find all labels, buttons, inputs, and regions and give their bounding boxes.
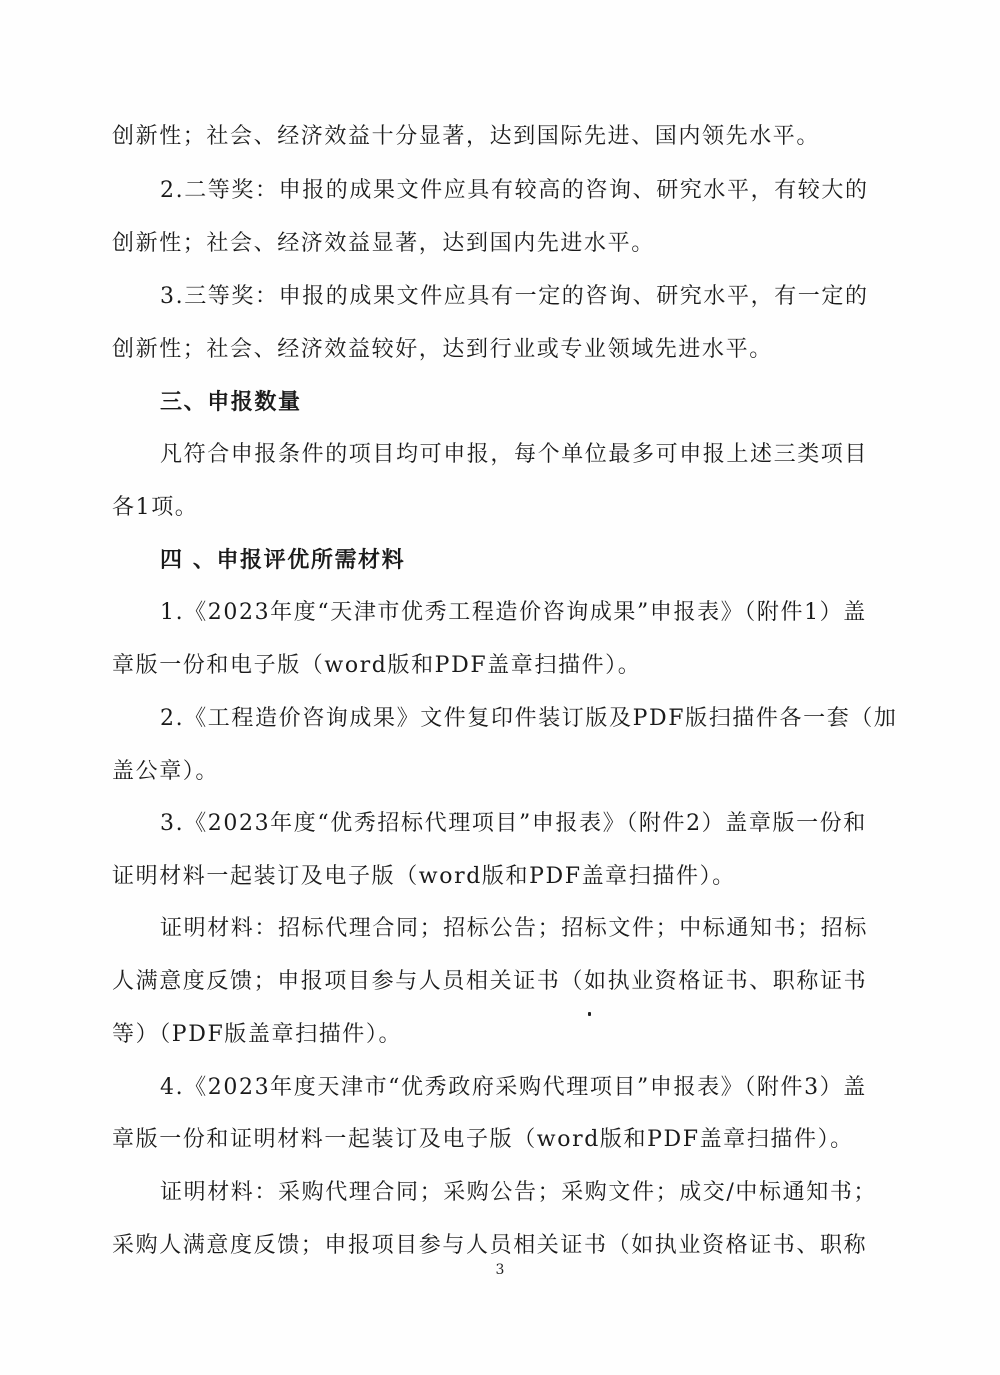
body-line: 等）（PDF版盖章扫描件）。 — [112, 1020, 862, 1050]
page-number: 3 — [0, 1262, 1000, 1278]
body-line: 凡符合申报条件的项目均可申报，每个单位最多可申报上述三类项目 — [160, 440, 910, 470]
body-line: 3.三等奖：申报的成果文件应具有一定的咨询、研究水平，有一定的 — [160, 282, 910, 312]
body-line: 采购人满意度反馈；申报项目参与人员相关证书（如执业资格证书、职称 — [112, 1231, 862, 1261]
body-line: 章版一份和证明材料一起装订及电子版（word版和PDF盖章扫描件）。 — [112, 1125, 862, 1155]
section-heading: 四 、申报评优所需材料 — [160, 545, 910, 575]
body-line: 1.《2023年度“天津市优秀工程造价咨询成果”申报表》（附件1）盖 — [160, 598, 910, 628]
body-line: 2.《工程造价咨询成果》文件复印件装订版及PDF版扫描件各一套（加 — [160, 704, 910, 734]
document-page: 创新性；社会、经济效益十分显著，达到国际先进、国内领先水平。 2.二等奖：申报的… — [0, 0, 1000, 1375]
body-line: 创新性；社会、经济效益显著，达到国内先进水平。 — [112, 229, 862, 259]
body-line: 创新性；社会、经济效益十分显著，达到国际先进、国内领先水平。 — [112, 122, 862, 152]
body-line: 盖公章）。 — [112, 757, 862, 787]
body-line: 各1项。 — [112, 493, 862, 523]
body-line: 3.《2023年度“优秀招标代理项目”申报表》（附件2）盖章版一份和 — [160, 809, 910, 839]
body-line: 创新性；社会、经济效益较好，达到行业或专业领域先进水平。 — [112, 335, 862, 365]
body-line: 人满意度反馈；申报项目参与人员相关证书（如执业资格证书、职称证书 — [112, 967, 862, 997]
body-line: 4.《2023年度天津市“优秀政府采购代理项目”申报表》（附件3）盖 — [160, 1073, 910, 1103]
body-line: 证明材料一起装订及电子版（word版和PDF盖章扫描件）。 — [112, 862, 862, 892]
body-line: 2.二等奖：申报的成果文件应具有较高的咨询、研究水平，有较大的 — [160, 176, 910, 206]
body-line: 证明材料：招标代理合同；招标公告；招标文件；中标通知书；招标 — [160, 914, 910, 944]
body-line: 证明材料：采购代理合同；采购公告；采购文件；成交/中标通知书； — [160, 1178, 910, 1208]
body-line: 章版一份和电子版（word版和PDF盖章扫描件）。 — [112, 651, 862, 681]
section-heading: 三、申报数量 — [160, 387, 910, 417]
scan-speck — [588, 1012, 591, 1016]
